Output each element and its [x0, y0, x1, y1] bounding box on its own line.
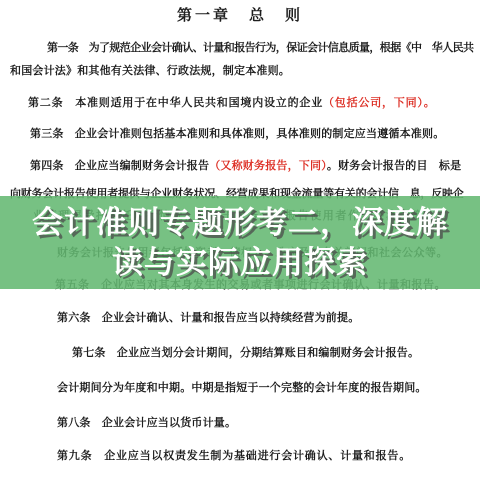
article-9-line: 第九条 企业应当以权责发生制为基础进行会计确认、计量和报告。 [57, 447, 411, 463]
article-4-red-annotation: （又称财务报告，下同） [209, 160, 327, 172]
banner-title-line-2: 读与实际应用探索 [112, 243, 368, 283]
article-7-line-2: 会计期间分为年度和中期。中期是指短于一个完整的会计年度的报告期间。 [57, 379, 427, 395]
banner-title-line-1: 会计准则专题形考二，深度解 [32, 203, 448, 243]
article-4-text-a: 第四条 企业应当编制财务会计报告 [30, 160, 209, 172]
article-2-text: 第二条 本准则适用于在中华人民共和国境内设立的企业 [28, 97, 323, 109]
document-page: 第一章 总 则 第一条 为了规范企业会计确认、计量和报告行为，保证会计信息质量，… [0, 0, 480, 480]
article-4-line-1: 第四条 企业应当编制财务会计报告（又称财务报告，下同）。财务会计报告的目 标是 [30, 157, 461, 173]
green-banner-overlay: 会计准则专题形考二，深度解 读与实际应用探索 [0, 196, 480, 289]
article-7-line-1: 第七条 企业应当划分会计期间，分期结算账目和编制财务会计报告。 [72, 344, 419, 360]
article-4-text-b: 。财务会计报告的目 标是 [327, 160, 461, 172]
chapter-title: 第一章 总 则 [0, 4, 480, 25]
article-2-line: 第二条 本准则适用于在中华人民共和国境内设立的企业（包括公司，下同）。 [28, 94, 436, 110]
article-1-line-2: 和国会计法》和其他有关法律、行政法规，制定本准则。 [10, 62, 290, 78]
article-1-line-1: 第一条 为了规范企业会计确认、计量和报告行为，保证会计信息质量，根据《中 华人民… [47, 39, 473, 55]
article-2-red-annotation: （包括公司，下同）。 [323, 97, 436, 109]
article-6-line: 第六条 企业会计确认、计量和报告应当以持续经营为前提。 [57, 309, 359, 325]
article-3-line: 第三条 企业会计准则包括基本准则和具体准则，具体准则的制定应当遵循本准则。 [30, 125, 444, 141]
article-8-line: 第八条 企业会计应当以货币计量。 [57, 414, 236, 430]
